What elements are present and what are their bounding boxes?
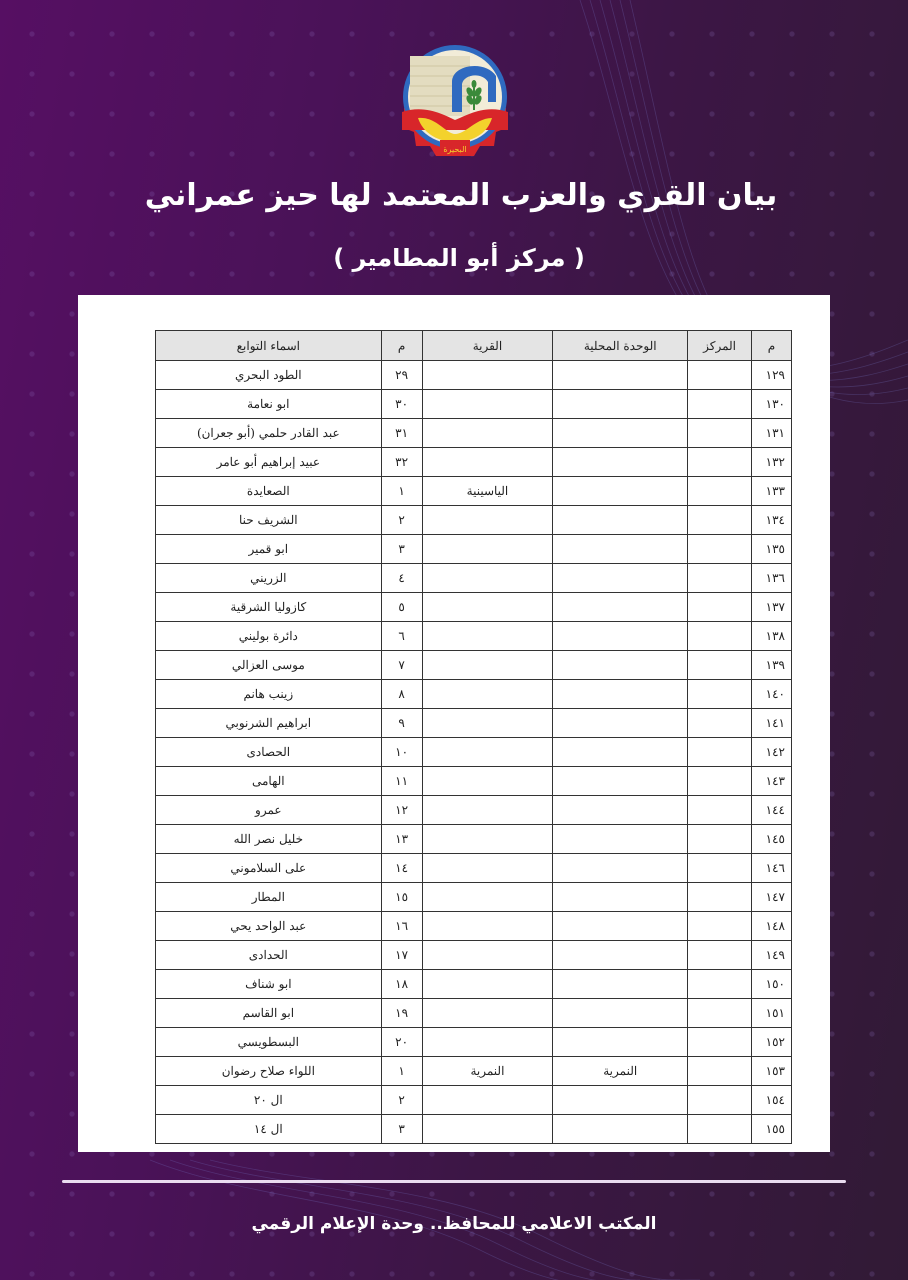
cell-village: [422, 912, 553, 941]
cell-village: [422, 1086, 553, 1115]
cell-serial: ١٣٣: [752, 477, 792, 506]
cell-number: ٥: [381, 593, 422, 622]
cell-local-unit: [553, 709, 688, 738]
cell-village: [422, 1115, 553, 1144]
cell-number: ١٦: [381, 912, 422, 941]
table-header-row: م المركز الوحدة المحلية القرية م اسماء ا…: [156, 331, 792, 361]
cell-village: [422, 535, 553, 564]
cell-serial: ١٣٦: [752, 564, 792, 593]
cell-center: [688, 390, 752, 419]
cell-number: ٣٠: [381, 390, 422, 419]
column-header-village: القرية: [422, 331, 553, 361]
cell-center: [688, 970, 752, 999]
cell-dependency-name: الحدادى: [156, 941, 382, 970]
cell-village: [422, 796, 553, 825]
cell-village: [422, 361, 553, 390]
cell-number: ٨: [381, 680, 422, 709]
cell-dependency-name: على السلاموني: [156, 854, 382, 883]
cell-local-unit: [553, 390, 688, 419]
table-row: ١٤٩١٧الحدادى: [156, 941, 792, 970]
cell-village: [422, 999, 553, 1028]
cell-local-unit: [553, 506, 688, 535]
column-header-dependency-names: اسماء التوابع: [156, 331, 382, 361]
cell-dependency-name: موسى العزالي: [156, 651, 382, 680]
cell-number: ٢: [381, 506, 422, 535]
cell-serial: ١٣٥: [752, 535, 792, 564]
cell-dependency-name: ال ١٤: [156, 1115, 382, 1144]
cell-serial: ١٣٤: [752, 506, 792, 535]
cell-local-unit: [553, 912, 688, 941]
cell-number: ١: [381, 1057, 422, 1086]
cell-serial: ١٤٣: [752, 767, 792, 796]
column-header-local-unit: الوحدة المحلية: [553, 331, 688, 361]
cell-center: [688, 999, 752, 1028]
cell-village: [422, 767, 553, 796]
cell-dependency-name: الطود البحري: [156, 361, 382, 390]
cell-local-unit: [553, 593, 688, 622]
cell-dependency-name: الهامى: [156, 767, 382, 796]
column-header-center: المركز: [688, 331, 752, 361]
document-card: م المركز الوحدة المحلية القرية م اسماء ا…: [78, 295, 830, 1152]
cell-center: [688, 796, 752, 825]
cell-local-unit: [553, 738, 688, 767]
cell-center: [688, 738, 752, 767]
page-subtitle: ( مركز أبو المطامير ): [0, 244, 908, 272]
cell-serial: ١٤٩: [752, 941, 792, 970]
cell-village: [422, 970, 553, 999]
cell-dependency-name: ابو القاسم: [156, 999, 382, 1028]
cell-number: ٢٩: [381, 361, 422, 390]
cell-number: ٣: [381, 535, 422, 564]
cell-village: [422, 825, 553, 854]
cell-local-unit: [553, 999, 688, 1028]
cell-center: [688, 1086, 752, 1115]
cell-dependency-name: ابو قمير: [156, 535, 382, 564]
cell-village: [422, 564, 553, 593]
cell-village: [422, 738, 553, 767]
cell-village: الياسينية: [422, 477, 553, 506]
cell-serial: ١٣١: [752, 419, 792, 448]
cell-local-unit: [553, 564, 688, 593]
cell-center: [688, 767, 752, 796]
cell-dependency-name: عبد القادر حلمي (أبو جعران): [156, 419, 382, 448]
cell-local-unit: [553, 883, 688, 912]
cell-village: [422, 506, 553, 535]
cell-dependency-name: البسطويسي: [156, 1028, 382, 1057]
cell-serial: ١٢٩: [752, 361, 792, 390]
cell-village: [422, 1028, 553, 1057]
cell-serial: ١٤١: [752, 709, 792, 738]
cell-dependency-name: عمرو: [156, 796, 382, 825]
cell-number: ١: [381, 477, 422, 506]
cell-center: [688, 680, 752, 709]
cell-center: [688, 1057, 752, 1086]
table-row: ١٥٣النمريةالنمرية١اللواء صلاح رضوان: [156, 1057, 792, 1086]
column-header-serial: م: [752, 331, 792, 361]
table-row: ١٣٤٢الشريف حنا: [156, 506, 792, 535]
cell-center: [688, 448, 752, 477]
cell-center: [688, 912, 752, 941]
cell-local-unit: [553, 1115, 688, 1144]
cell-village: [422, 883, 553, 912]
cell-number: ١٥: [381, 883, 422, 912]
table-row: ١٣٦٤الزريني: [156, 564, 792, 593]
cell-center: [688, 419, 752, 448]
cell-dependency-name: الشريف حنا: [156, 506, 382, 535]
cell-village: النمرية: [422, 1057, 553, 1086]
cell-serial: ١٥٣: [752, 1057, 792, 1086]
cell-local-unit: [553, 825, 688, 854]
table-row: ١٥٤٢ال ٢٠: [156, 1086, 792, 1115]
cell-serial: ١٣٢: [752, 448, 792, 477]
cell-village: [422, 680, 553, 709]
cell-number: ١٨: [381, 970, 422, 999]
cell-serial: ١٥٤: [752, 1086, 792, 1115]
table-row: ١٥٥٣ال ١٤: [156, 1115, 792, 1144]
table-row: ١٣٧٥كازوليا الشرقية: [156, 593, 792, 622]
cell-serial: ١٣٧: [752, 593, 792, 622]
table-row: ١٣١٣١عبد القادر حلمي (أبو جعران): [156, 419, 792, 448]
table-row: ١٤٥١٣خليل نصر الله: [156, 825, 792, 854]
cell-local-unit: [553, 622, 688, 651]
cell-center: [688, 825, 752, 854]
cell-center: [688, 477, 752, 506]
cell-number: ١٢: [381, 796, 422, 825]
cell-serial: ١٤٥: [752, 825, 792, 854]
cell-center: [688, 1115, 752, 1144]
cell-dependency-name: ال ٢٠: [156, 1086, 382, 1115]
cell-number: ١٩: [381, 999, 422, 1028]
cell-local-unit: [553, 796, 688, 825]
cell-serial: ١٥١: [752, 999, 792, 1028]
cell-serial: ١٤٨: [752, 912, 792, 941]
cell-serial: ١٤٠: [752, 680, 792, 709]
cell-village: [422, 593, 553, 622]
cell-local-unit: [553, 651, 688, 680]
cell-village: [422, 419, 553, 448]
cell-serial: ١٥٢: [752, 1028, 792, 1057]
footer-divider: [62, 1180, 846, 1183]
cell-local-unit: [553, 419, 688, 448]
table-row: ١٤٣١١الهامى: [156, 767, 792, 796]
cell-local-unit: [553, 970, 688, 999]
cell-village: [422, 854, 553, 883]
cell-center: [688, 1028, 752, 1057]
cell-number: ٣: [381, 1115, 422, 1144]
cell-local-unit: [553, 477, 688, 506]
table-row: ١٥٢٢٠البسطويسي: [156, 1028, 792, 1057]
cell-dependency-name: الزريني: [156, 564, 382, 593]
cell-dependency-name: عبد الواحد يحي: [156, 912, 382, 941]
cell-dependency-name: المطار: [156, 883, 382, 912]
cell-center: [688, 564, 752, 593]
table-row: ١٤١٩ابراهيم الشرنوبي: [156, 709, 792, 738]
table-row: ١٤٠٨زينب هانم: [156, 680, 792, 709]
villages-table: م المركز الوحدة المحلية القرية م اسماء ا…: [155, 330, 792, 1144]
cell-serial: ١٥٥: [752, 1115, 792, 1144]
cell-local-unit: النمرية: [553, 1057, 688, 1086]
table-row: ١٣٨٦دائرة بوليني: [156, 622, 792, 651]
cell-number: ٧: [381, 651, 422, 680]
cell-number: ١٤: [381, 854, 422, 883]
table-row: ١٣٥٣ابو قمير: [156, 535, 792, 564]
cell-dependency-name: كازوليا الشرقية: [156, 593, 382, 622]
cell-dependency-name: الحصادى: [156, 738, 382, 767]
cell-local-unit: [553, 767, 688, 796]
cell-center: [688, 709, 752, 738]
cell-number: ٤: [381, 564, 422, 593]
cell-dependency-name: زينب هانم: [156, 680, 382, 709]
table-row: ١٥١١٩ابو القاسم: [156, 999, 792, 1028]
cell-number: ٣٢: [381, 448, 422, 477]
cell-number: ٩: [381, 709, 422, 738]
cell-serial: ١٤٢: [752, 738, 792, 767]
cell-serial: ١٣٠: [752, 390, 792, 419]
cell-number: ٣١: [381, 419, 422, 448]
cell-center: [688, 593, 752, 622]
cell-village: [422, 390, 553, 419]
cell-local-unit: [553, 448, 688, 477]
page-title: بيان القري والعزب المعتمد لها حيز عمراني: [0, 178, 908, 213]
cell-serial: ١٤٧: [752, 883, 792, 912]
cell-village: [422, 709, 553, 738]
cell-center: [688, 361, 752, 390]
table-row: ١٤٢١٠الحصادى: [156, 738, 792, 767]
table-row: ١٣٢٣٢عبيد إبراهيم أبو عامر: [156, 448, 792, 477]
table-row: ١٤٦١٤على السلاموني: [156, 854, 792, 883]
cell-center: [688, 854, 752, 883]
cell-village: [422, 622, 553, 651]
cell-local-unit: [553, 941, 688, 970]
cell-number: ٢٠: [381, 1028, 422, 1057]
cell-number: ١١: [381, 767, 422, 796]
cell-dependency-name: ابراهيم الشرنوبي: [156, 709, 382, 738]
cell-dependency-name: خليل نصر الله: [156, 825, 382, 854]
table-row: ١٤٧١٥المطار: [156, 883, 792, 912]
cell-dependency-name: الصعايدة: [156, 477, 382, 506]
table-row: ١٣٣الياسينية١الصعايدة: [156, 477, 792, 506]
cell-number: ٦: [381, 622, 422, 651]
cell-number: ١٣: [381, 825, 422, 854]
cell-local-unit: [553, 1028, 688, 1057]
cell-dependency-name: دائرة بوليني: [156, 622, 382, 651]
table-row: ١٤٤١٢عمرو: [156, 796, 792, 825]
cell-local-unit: [553, 361, 688, 390]
cell-serial: ١٣٨: [752, 622, 792, 651]
cell-dependency-name: عبيد إبراهيم أبو عامر: [156, 448, 382, 477]
cell-center: [688, 506, 752, 535]
cell-number: ١٠: [381, 738, 422, 767]
table-row: ١٥٠١٨ابو شناف: [156, 970, 792, 999]
table-row: ١٣٠٣٠ابو نعامة: [156, 390, 792, 419]
cell-center: [688, 535, 752, 564]
cell-number: ١٧: [381, 941, 422, 970]
table-row: ١٣٩٧موسى العزالي: [156, 651, 792, 680]
cell-village: [422, 448, 553, 477]
table-row: ١٢٩٢٩الطود البحري: [156, 361, 792, 390]
cell-dependency-name: ابو شناف: [156, 970, 382, 999]
cell-center: [688, 883, 752, 912]
cell-dependency-name: اللواء صلاح رضوان: [156, 1057, 382, 1086]
cell-local-unit: [553, 535, 688, 564]
cell-serial: ١٤٦: [752, 854, 792, 883]
cell-serial: ١٣٩: [752, 651, 792, 680]
cell-center: [688, 622, 752, 651]
cell-serial: ١٤٤: [752, 796, 792, 825]
cell-local-unit: [553, 1086, 688, 1115]
cell-center: [688, 941, 752, 970]
cell-local-unit: [553, 854, 688, 883]
table-row: ١٤٨١٦عبد الواحد يحي: [156, 912, 792, 941]
cell-serial: ١٥٠: [752, 970, 792, 999]
cell-dependency-name: ابو نعامة: [156, 390, 382, 419]
cell-number: ٢: [381, 1086, 422, 1115]
beheira-governorate-logo: البحيرة: [396, 42, 514, 160]
cell-village: [422, 941, 553, 970]
cell-local-unit: [553, 680, 688, 709]
column-header-number: م: [381, 331, 422, 361]
footer-credit: المكتب الاعلامي للمحافظ.. وحدة الإعلام ا…: [0, 1214, 908, 1234]
cell-village: [422, 651, 553, 680]
logo-caption: البحيرة: [443, 145, 466, 154]
cell-center: [688, 651, 752, 680]
